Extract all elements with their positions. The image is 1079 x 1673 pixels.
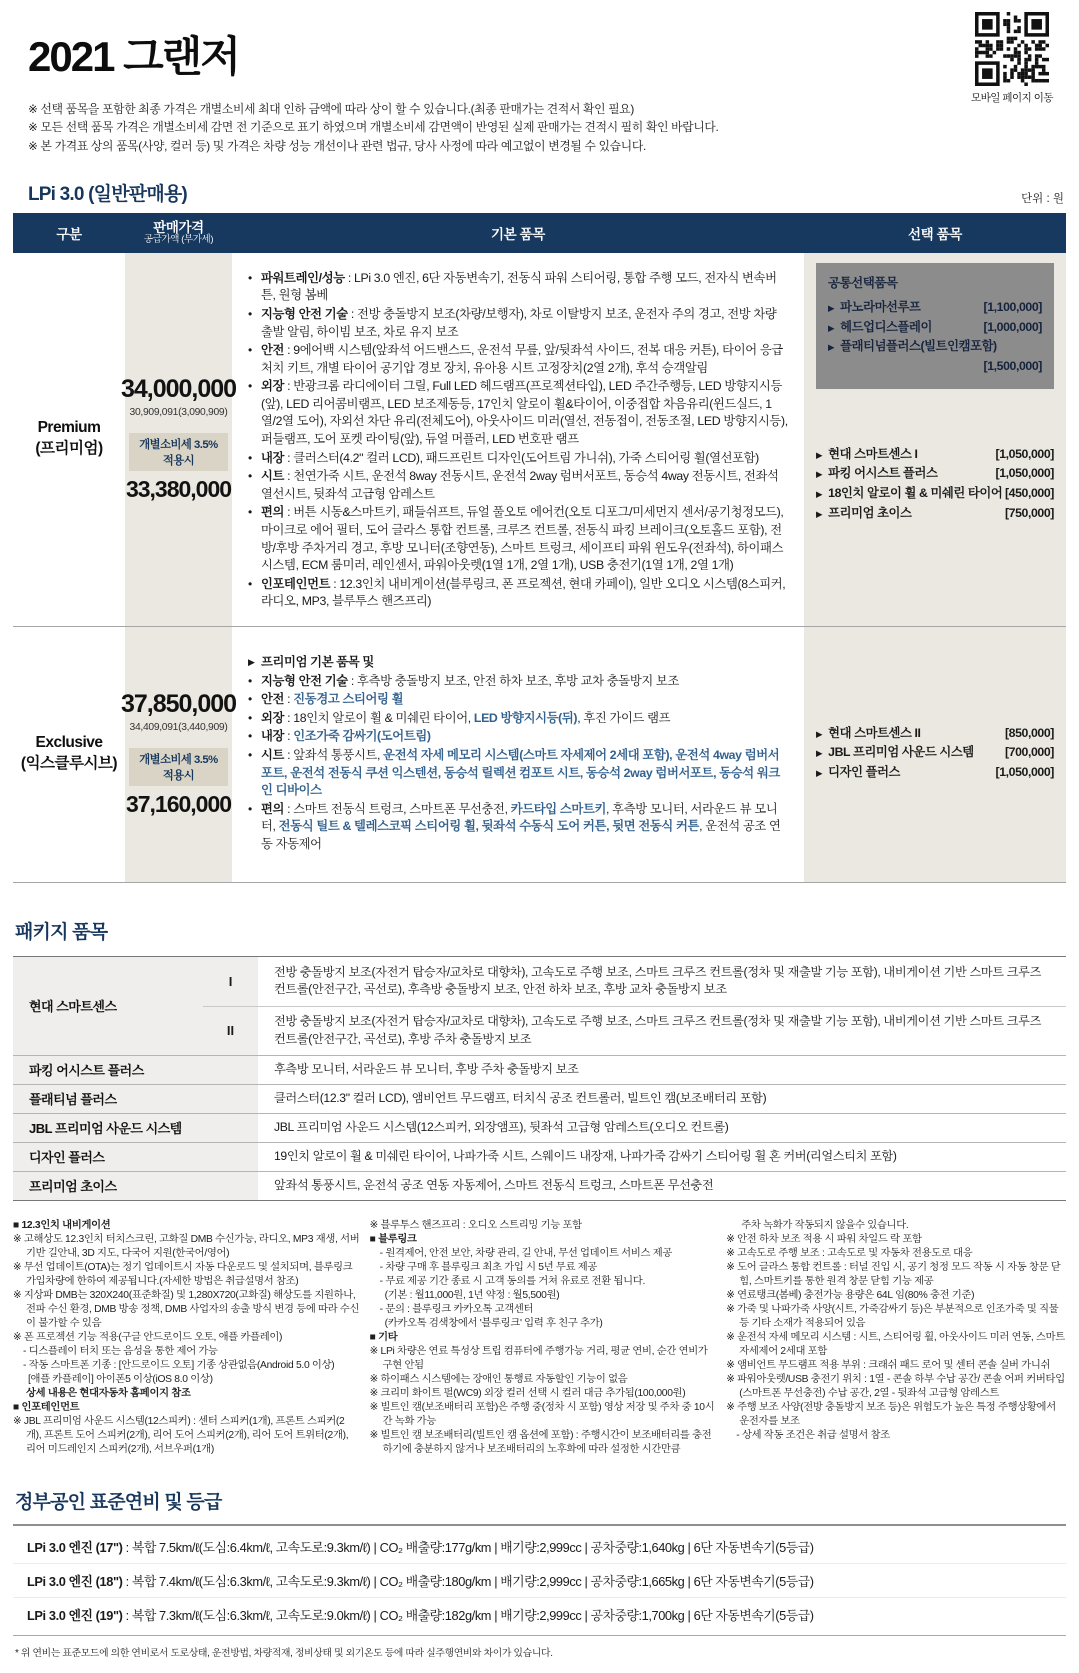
grade-name-en: Premium: [38, 418, 101, 439]
feature-text: 안전: [261, 692, 284, 706]
footnote-line: [애플 카플레이] 아이폰5 이상(iOS 8.0 이상): [13, 1373, 360, 1387]
feature-text: : 12.3인치 내비게이션(블루링크, 폰 프로젝션, 현대 카페이), 일반…: [261, 577, 785, 609]
footnote-line: 상세 내용은 현대자동차 홈페이지 참조: [13, 1387, 360, 1401]
package-row-text: JBL 프리미엄 사운드 시스템(12스피커, 외장앰프), 뒷좌석 고급형 암…: [258, 1113, 1066, 1142]
option-price: [1,050,000]: [996, 464, 1055, 484]
footnote-line: - 상세 작동 조건은 취급 설명서 참조: [726, 1429, 1066, 1443]
feature-text: 지능형 안전 기술: [261, 307, 348, 321]
feature-text: 카드타입 스마트키: [511, 802, 606, 816]
feature-text: : 9에어백 시스템(앞좌석 어드밴스드, 운전석 무릎, 앞/뒷좌석 사이드,…: [261, 343, 783, 375]
feature-text: 진동경고 스티어링 휠: [293, 692, 403, 706]
footnote-line: - 문의 : 블루링크 카카오톡 고객센터: [370, 1303, 717, 1317]
bullet-icon: •: [248, 673, 261, 690]
feature-line: •내장 : 클러스터(4.2" 컬러 LCD), 패드프린트 디자인(도어트림 …: [248, 450, 790, 468]
triangle-icon: ▶: [816, 468, 822, 482]
bullet-icon: •: [248, 710, 261, 727]
feature-line: •시트 : 천연가죽 시트, 운전석 8way 전동시트, 운전석 2way 럼…: [248, 468, 790, 503]
price-supply-value: 30,909,091(3,090,909): [130, 407, 228, 418]
feature-text: 안전: [261, 343, 284, 357]
footnote-line: ※ 하이패스 시스템에는 장애인 통행료 자동할인 기능이 없음: [370, 1373, 717, 1387]
feature-text: : 버튼 시동&스마트키, 패들쉬프트, 듀얼 풀오토 에어컨(오토 디포그/미…: [261, 505, 784, 572]
feature-text: 인조가죽 감싸기(도어트림): [293, 729, 430, 743]
engine-section-title: LPi 3.0 (일반판매용): [28, 179, 187, 206]
option-row: ▶프리미엄 초이스[750,000]: [816, 504, 1054, 524]
feature-text: : 후측방 충돌방지 보조, 안전 하차 보조, 후방 교차 충돌방지 보조: [348, 674, 679, 688]
triangle-icon: ▶: [816, 728, 822, 742]
footnote-line: ※ 운전석 자세 메모리 시스템 : 시트, 스티어링 휠, 아웃사이드 미러 …: [726, 1331, 1066, 1359]
triangle-icon: ▶: [816, 747, 822, 761]
option-price: [750,000]: [1005, 504, 1054, 524]
option-price: [1,050,000]: [996, 763, 1055, 783]
footnote-line: ※ 지상파 DMB는 320X240(표준화질) 및 1,280X720(고화질…: [13, 1289, 360, 1331]
feature-line: •외장 : 반광크롬 라디에이터 그릴, Full LED 헤드램프(프로젝션타…: [248, 378, 790, 448]
footnote-line: 주차 녹화가 작동되지 않을수 있습니다.: [726, 1219, 1066, 1233]
disclaimer-line: ※ 모든 선택 품목 가격은 개별소비세 감면 전 기준으로 표기 하였으며 개…: [28, 118, 1051, 136]
option-name: 현대 스마트센스 II: [828, 724, 920, 744]
package-row-label: 플래티넘 플러스: [13, 1084, 258, 1113]
disclaimer-line: ※ 본 가격표 상의 품목(사양, 컬러 등) 및 가격은 차량 성능 개선이나…: [28, 137, 1051, 155]
bullet-icon: •: [248, 801, 261, 818]
footnote-line: - 작동 스마트폰 기종 : [안드로이드 오토] 기종 상관없음(Androi…: [13, 1359, 360, 1373]
disclaimer-line: ※ 선택 품목을 포함한 최종 가격은 개별소비세 최대 인하 금액에 따라 상…: [28, 100, 1051, 118]
options-list: ▶현대 스마트센스 I[1,050,000]▶파킹 어시스트 플러스[1,050…: [816, 445, 1054, 524]
option-name: 헤드업디스플레이: [840, 318, 932, 338]
page-title: 2021 그랜저: [28, 24, 1051, 84]
feature-line: •지능형 안전 기술 : 전방 충돌방지 보조(차량/보행자), 차로 이탈방지…: [248, 306, 790, 341]
footnote-line: ※ 크리미 화이트 펄(WC9) 외장 컬러 선택 시 컬러 대금 추가됨(10…: [370, 1387, 717, 1401]
footnote-line: ■ 기타: [370, 1331, 717, 1345]
option-row: ▶디자인 플러스[1,050,000]: [816, 763, 1054, 783]
package-row-numeral: II: [203, 1006, 258, 1055]
footnote-column-3: 주차 녹화가 작동되지 않을수 있습니다.※ 안전 하차 보조 적용 시 파워 …: [726, 1219, 1066, 1457]
feature-text: : 천연가죽 시트, 운전석 8way 전동시트, 운전석 2way 럼버서포트…: [261, 469, 779, 501]
option-name: 플래티넘플러스(빌트인캠포함): [840, 337, 997, 357]
package-table: 현대 스마트센스 I 전방 충돌방지 보조(자전거 탑승자/교차로 대향차), …: [13, 956, 1066, 1201]
fuel-table: LPi 3.0 엔진 (17") : 복합 7.5km/ℓ(도심:6.4km/ℓ…: [13, 1524, 1066, 1636]
bullet-icon: •: [248, 378, 261, 395]
option-price: [850,000]: [1005, 724, 1054, 744]
bullet-icon: •: [248, 468, 261, 485]
footnote-line: ■ 인포테인먼트: [13, 1401, 360, 1415]
footnote-line: ※ 고해상도 12.3인치 터치스크린, 고화질 DMB 수신가능, 라디오, …: [13, 1233, 360, 1261]
feature-line: •내장 : 인조가죽 감싸기(도어트림): [248, 728, 790, 746]
grade-name-en: Exclusive: [35, 733, 102, 754]
package-section-title: 패키지 품목: [15, 917, 1066, 944]
tax-badge: 개별소비세 3.5% 적용시: [129, 748, 228, 786]
footnote-line: (카카오톡 검색창에서 '블루링크' 입력 후 친구 추가): [370, 1317, 717, 1331]
package-row-label: 파킹 어시스트 플러스: [13, 1055, 258, 1084]
footnote-line: ※ 빌트인 캠(보조배터리 포함)은 주행 중(정차 시 포함) 영상 저장 및…: [370, 1401, 717, 1429]
tax-badge: 개별소비세 3.5% 적용시: [129, 433, 228, 471]
engine-section-head: LPi 3.0 (일반판매용) 단위 : 원: [28, 179, 1064, 206]
feature-text: 외장: [261, 379, 284, 393]
option-row: ▶플래티넘플러스(빌트인캠포함)[1,500,000]: [828, 337, 1042, 376]
footnote-line: ■ 블루링크: [370, 1233, 717, 1247]
option-row: ▶현대 스마트센스 I[1,050,000]: [816, 445, 1054, 465]
footnote-column-1: ■ 12.3인치 내비게이션※ 고해상도 12.3인치 터치스크린, 고화질 D…: [13, 1219, 360, 1457]
feature-text: :: [284, 729, 293, 743]
triangle-icon: ▶: [816, 488, 822, 502]
grade-cell: Premium (프리미엄): [13, 253, 125, 626]
option-name: 파노라마선루프: [840, 298, 920, 318]
bullet-icon: •: [248, 306, 261, 323]
footnote-line: ※ 도어 글라스 통합 컨트롤 : 터널 진입 시, 공기 청정 모드 작동 시…: [726, 1261, 1066, 1289]
triangle-icon: ▶: [248, 656, 261, 669]
option-row: ▶파노라마선루프[1,100,000]: [828, 298, 1042, 318]
bullet-icon: •: [248, 450, 261, 467]
qr-block: 모바일 페이지 이동: [969, 12, 1055, 105]
feature-text: 편의: [261, 802, 284, 816]
price-supply-value: 34,409,091(3,440,909): [130, 722, 228, 733]
footnote-line: ※ 주행 보조 사양(전방 충돌방지 보조 등)은 위험도가 높은 특정 주행상…: [726, 1401, 1066, 1429]
package-row-text: 19인치 알로이 휠 & 미쉐린 타이어, 나파가죽 시트, 스웨이드 내장재,…: [258, 1142, 1066, 1171]
feature-line: •파워트레인/성능 : LPi 3.0 엔진, 6단 자동변속기, 전동식 파워…: [248, 270, 790, 305]
fuel-note: * 위 연비는 표준모드에 의한 연비로서 도로상태, 운전방법, 차량적재, …: [15, 1645, 1066, 1659]
footnote-column-2: ※ 블루투스 핸즈프리 : 오디오 스트리밍 기능 포함■ 블루링크- 원격제어…: [370, 1219, 717, 1457]
option-row: ▶파킹 어시스트 플러스[1,050,000]: [816, 464, 1054, 484]
option-row: ▶현대 스마트센스 II[850,000]: [816, 724, 1054, 744]
feature-text: : 반광크롬 라디에이터 그릴, Full LED 헤드램프(프로젝션타입), …: [261, 379, 788, 446]
option-price: [1,500,000]: [984, 357, 1043, 377]
triangle-icon: ▶: [828, 322, 834, 336]
feature-line: •지능형 안전 기술 : 후측방 충돌방지 보조, 안전 하차 보조, 후방 교…: [248, 673, 790, 691]
grade-name-kr: (익스클루시브): [21, 754, 117, 775]
fuel-spec: : 복합 7.4km/ℓ(도심:6.3km/ℓ, 고속도로:9.3km/ℓ) |…: [123, 1574, 814, 1589]
feature-text: 파워트레인/성능: [261, 271, 345, 285]
fuel-spec: : 복합 7.3km/ℓ(도심:6.3km/ℓ, 고속도로:9.0km/ℓ) |…: [123, 1608, 814, 1623]
footnote-line: ※ 빌트인 캠 보조배터리(빌트인 캠 옵션에 포함) : 주행시간이 보조배터…: [370, 1429, 717, 1457]
footnote-line: ※ 연료탱크(봄베) 충전가능 용량은 64L 임(80% 충전 기준): [726, 1289, 1066, 1303]
feature-text: 편의: [261, 505, 284, 519]
option-name: 프리미엄 초이스: [828, 504, 911, 524]
fuel-row: LPi 3.0 엔진 (17") : 복합 7.5km/ℓ(도심:6.4km/ℓ…: [13, 1530, 1066, 1564]
feature-text: 내장: [261, 451, 284, 465]
bullet-icon: •: [248, 691, 261, 708]
triangle-icon: ▶: [816, 767, 822, 781]
feature-text: : 클러스터(4.2" 컬러 LCD), 패드프린트 디자인(도어트림 가니쉬)…: [284, 451, 759, 465]
option-name: JBL 프리미엄 사운드 시스템: [828, 743, 974, 763]
package-row-label: 프리미엄 초이스: [13, 1171, 258, 1200]
col-header-price-sub: 공급가액 (부가세): [125, 235, 232, 246]
col-header-price-title: 판매가격: [125, 220, 232, 236]
feature-text: LED 방향지시등(뒤): [474, 711, 577, 725]
optional-items-cell: 공통선택품목 ▶파노라마선루프[1,100,000]▶헤드업디스플레이[1,00…: [804, 253, 1066, 626]
package-row-label: JBL 프리미엄 사운드 시스템: [13, 1113, 258, 1142]
option-price: [450,000]: [1005, 484, 1054, 504]
feature-text: :: [284, 692, 293, 706]
price-value: 34,000,000: [121, 375, 236, 404]
footnote-line: ※ 앰비언트 무드램프 적용 부위 : 크래쉬 패드 로어 및 센터 콘솔 실버…: [726, 1359, 1066, 1373]
package-row-text: 후측방 모니터, 서라운드 뷰 모니터, 후방 주차 충돌방지 보조: [258, 1055, 1066, 1084]
discounted-price-value: 37,160,000: [126, 791, 231, 818]
main-price-table: 구분 판매가격 공급가액 (부가세) 기본 품목 선택 품목 Premium (…: [13, 213, 1066, 883]
fuel-engine-label: LPi 3.0 엔진 (17"): [27, 1540, 123, 1555]
price-value: 37,850,000: [121, 690, 236, 719]
triangle-icon: ▶: [828, 302, 834, 316]
col-header-grade: 구분: [13, 223, 125, 243]
optional-items-cell: ▶현대 스마트센스 II[850,000]▶JBL 프리미엄 사운드 시스템[7…: [804, 627, 1066, 882]
common-options-box: 공통선택품목 ▶파노라마선루프[1,100,000]▶헤드업디스플레이[1,00…: [816, 263, 1054, 389]
feature-line: •외장 : 18인치 알로이 휠 & 미쉐린 타이어, LED 방향지시등(뒤)…: [248, 710, 790, 728]
footnote-line: (기본 : 월11,000원, 1년 약정 : 월5,500원): [370, 1289, 717, 1303]
footnote-line: ※ LPi 차량은 연료 특성상 트립 컴퓨터에 주행가능 거리, 평균 연비,…: [370, 1345, 717, 1373]
header: 2021 그랜저 모바일 페이지 이동 ※ 선택 품목을 포함한 최종 가격은 …: [0, 24, 1079, 155]
price-sheet-page: 2021 그랜저 모바일 페이지 이동 ※ 선택 품목을 포함한 최종 가격은 …: [0, 0, 1079, 1659]
col-header-basic: 기본 품목: [232, 223, 804, 243]
package-row-text: 앞좌석 통풍시트, 운전석 공조 연동 자동제어, 스마트 전동식 트렁크, 스…: [258, 1171, 1066, 1200]
discounted-price-value: 33,380,000: [126, 476, 231, 503]
bullet-icon: •: [248, 270, 261, 287]
package-row-text: 전방 충돌방지 보조(자전거 탑승자/교차로 대향차), 고속도로 주행 보조,…: [258, 957, 1066, 1006]
fuel-row: LPi 3.0 엔진 (18") : 복합 7.4km/ℓ(도심:6.3km/ℓ…: [13, 1564, 1066, 1598]
footnotes: ■ 12.3인치 내비게이션※ 고해상도 12.3인치 터치스크린, 고화질 D…: [13, 1219, 1066, 1457]
package-row-numeral: I: [203, 957, 258, 1006]
option-name: 18인치 알로이 휠 & 미쉐린 타이어: [828, 484, 1002, 504]
fuel-row: LPi 3.0 엔진 (19") : 복합 7.3km/ℓ(도심:6.3km/ℓ…: [13, 1598, 1066, 1631]
basic-items-cell: •파워트레인/성능 : LPi 3.0 엔진, 6단 자동변속기, 전동식 파워…: [232, 253, 804, 626]
option-name: 디자인 플러스: [828, 763, 900, 783]
option-name: 현대 스마트센스 I: [828, 445, 917, 465]
footnote-line: - 차량 구매 후 블루링크 최초 가입 시 5년 무료 제공: [370, 1261, 717, 1275]
basic-items-cell: ▶프리미엄 기본 품목 및•지능형 안전 기술 : 후측방 충돌방지 보조, 안…: [232, 627, 804, 882]
option-price: [1,050,000]: [996, 445, 1055, 465]
feature-text: : 앞좌석 통풍시트,: [284, 748, 383, 762]
fuel-engine-label: LPi 3.0 엔진 (19"): [27, 1608, 123, 1623]
package-row-label: 현대 스마트센스: [13, 957, 203, 1055]
feature-text: 전동식 틸트 & 텔레스코픽 스티어링 휠, 뒷좌석 수동식 도어 커튼, 뒷면…: [279, 819, 699, 833]
triangle-icon: ▶: [816, 508, 822, 522]
grade-name-kr: (프리미엄): [35, 439, 102, 460]
feature-text: 시트: [261, 469, 284, 483]
feature-text: 프리미엄 기본 품목 및: [261, 655, 374, 669]
feature-line: •안전 : 9에어백 시스템(앞좌석 어드밴스드, 운전석 무릎, 앞/뒷좌석 …: [248, 342, 790, 377]
grade-cell: Exclusive (익스클루시브): [13, 627, 125, 882]
table-header-row: 구분 판매가격 공급가액 (부가세) 기본 품목 선택 품목: [13, 213, 1066, 253]
options-list: ▶현대 스마트센스 II[850,000]▶JBL 프리미엄 사운드 시스템[7…: [816, 724, 1054, 783]
col-header-price: 판매가격 공급가액 (부가세): [125, 220, 232, 246]
qr-code-icon: [975, 12, 1049, 86]
triangle-icon: ▶: [816, 449, 822, 463]
table-row-premium: Premium (프리미엄) 34,000,000 30,909,091(3,0…: [13, 253, 1066, 627]
footnote-line: - 원격제어, 안전 보안, 차량 관리, 길 안내, 무선 업데이트 서비스 …: [370, 1247, 717, 1261]
footnote-line: ※ JBL 프리미엄 사운드 시스템(12스피커) : 센터 스피커(1개), …: [13, 1415, 360, 1457]
feature-line: •시트 : 앞좌석 통풍시트, 운전석 자세 메모리 시스템(스마트 자세제어 …: [248, 747, 790, 800]
feature-text: 지능형 안전 기술: [261, 674, 348, 688]
footnote-line: ※ 블루투스 핸즈프리 : 오디오 스트리밍 기능 포함: [370, 1219, 717, 1233]
triangle-icon: ▶: [828, 341, 834, 355]
feature-text: , 후진 가이드 램프: [577, 711, 670, 725]
feature-text: : 18인치 알로이 휠 & 미쉐린 타이어,: [284, 711, 474, 725]
unit-label: 단위 : 원: [1021, 190, 1064, 206]
footnote-line: - 무료 제공 기간 종료 시 고객 동의를 거쳐 유료로 전환 됩니다.: [370, 1275, 717, 1289]
feature-text: 인포테인먼트: [261, 577, 330, 591]
footnote-line: ※ 폰 프로젝션 기능 적용(구글 안드로이드 오토, 애플 카플레이): [13, 1331, 360, 1345]
feature-line: •편의 : 스마트 전동식 트렁크, 스마트폰 무선충전, 카드타입 스마트키,…: [248, 801, 790, 854]
option-price: [1,100,000]: [984, 298, 1043, 318]
feature-text: 내장: [261, 729, 284, 743]
option-row: ▶헤드업디스플레이[1,000,000]: [828, 318, 1042, 338]
bullet-icon: •: [248, 342, 261, 359]
price-cell: 34,000,000 30,909,091(3,090,909) 개별소비세 3…: [125, 253, 232, 626]
footnote-line: ※ 안전 하차 보조 적용 시 파워 차일드 락 포함: [726, 1233, 1066, 1247]
bullet-icon: •: [248, 504, 261, 521]
feature-line: •안전 : 진동경고 스티어링 휠: [248, 691, 790, 709]
bullet-icon: •: [248, 576, 261, 593]
feature-line: ▶프리미엄 기본 품목 및: [248, 654, 790, 672]
common-options-list: ▶파노라마선루프[1,100,000]▶헤드업디스플레이[1,000,000]▶…: [828, 298, 1042, 377]
option-price: [1,000,000]: [984, 318, 1043, 338]
feature-line: •편의 : 버튼 시동&스마트키, 패들쉬프트, 듀얼 풀오토 에어컨(오토 디…: [248, 504, 790, 574]
footnote-line: ※ 무선 업데이트(OTA)는 정기 업데이트시 자동 다운로드 및 설치되며,…: [13, 1261, 360, 1289]
package-row-text: 전방 충돌방지 보조(자전거 탑승자/교차로 대향차), 고속도로 주행 보조,…: [258, 1006, 1066, 1055]
footnote-line: ■ 12.3인치 내비게이션: [13, 1219, 360, 1233]
common-options-title: 공통선택품목: [828, 273, 1042, 291]
qr-caption: 모바일 페이지 이동: [969, 90, 1055, 105]
feature-text: 외장: [261, 711, 284, 725]
footnote-line: ※ 가죽 및 나파가죽 사양(시트, 가죽감싸기 등)은 부분적으로 인조가죽 …: [726, 1303, 1066, 1331]
fuel-engine-label: LPi 3.0 엔진 (18"): [27, 1574, 123, 1589]
bullet-icon: •: [248, 747, 261, 764]
option-row: ▶18인치 알로이 휠 & 미쉐린 타이어[450,000]: [816, 484, 1054, 504]
option-price: [700,000]: [1005, 743, 1054, 763]
footnote-line: ※ 파워아웃렛/USB 충전기 위치 : 1열 - 콘솔 하부 수납 공간/ 콘…: [726, 1373, 1066, 1401]
col-header-optional: 선택 품목: [804, 223, 1066, 243]
footnote-line: ※ 고속도로 주행 보조 : 고속도로 및 자동차 전용도로 대응: [726, 1247, 1066, 1261]
option-row: ▶JBL 프리미엄 사운드 시스템[700,000]: [816, 743, 1054, 763]
feature-text: : 스마트 전동식 트렁크, 스마트폰 무선충전,: [284, 802, 511, 816]
package-row-label: 디자인 플러스: [13, 1142, 258, 1171]
disclaimers: ※ 선택 품목을 포함한 최종 가격은 개별소비세 최대 인하 금액에 따라 상…: [28, 100, 1051, 155]
option-name: 파킹 어시스트 플러스: [828, 464, 937, 484]
bullet-icon: •: [248, 728, 261, 745]
fuel-spec: : 복합 7.5km/ℓ(도심:6.4km/ℓ, 고속도로:9.3km/ℓ) |…: [123, 1540, 814, 1555]
price-cell: 37,850,000 34,409,091(3,440,909) 개별소비세 3…: [125, 627, 232, 882]
footnote-line: - 디스플레이 터치 또는 음성을 통한 제어 가능: [13, 1345, 360, 1359]
table-row-exclusive: Exclusive (익스클루시브) 37,850,000 34,409,091…: [13, 627, 1066, 883]
feature-text: 시트: [261, 748, 284, 762]
feature-line: •인포테인먼트 : 12.3인치 내비게이션(블루링크, 폰 프로젝션, 현대 …: [248, 576, 790, 611]
package-row-text: 클러스터(12.3" 컬러 LCD), 앰비언트 무드램프, 터치식 공조 컨트…: [258, 1084, 1066, 1113]
fuel-section-title: 정부공인 표준연비 및 등급: [15, 1487, 1066, 1514]
